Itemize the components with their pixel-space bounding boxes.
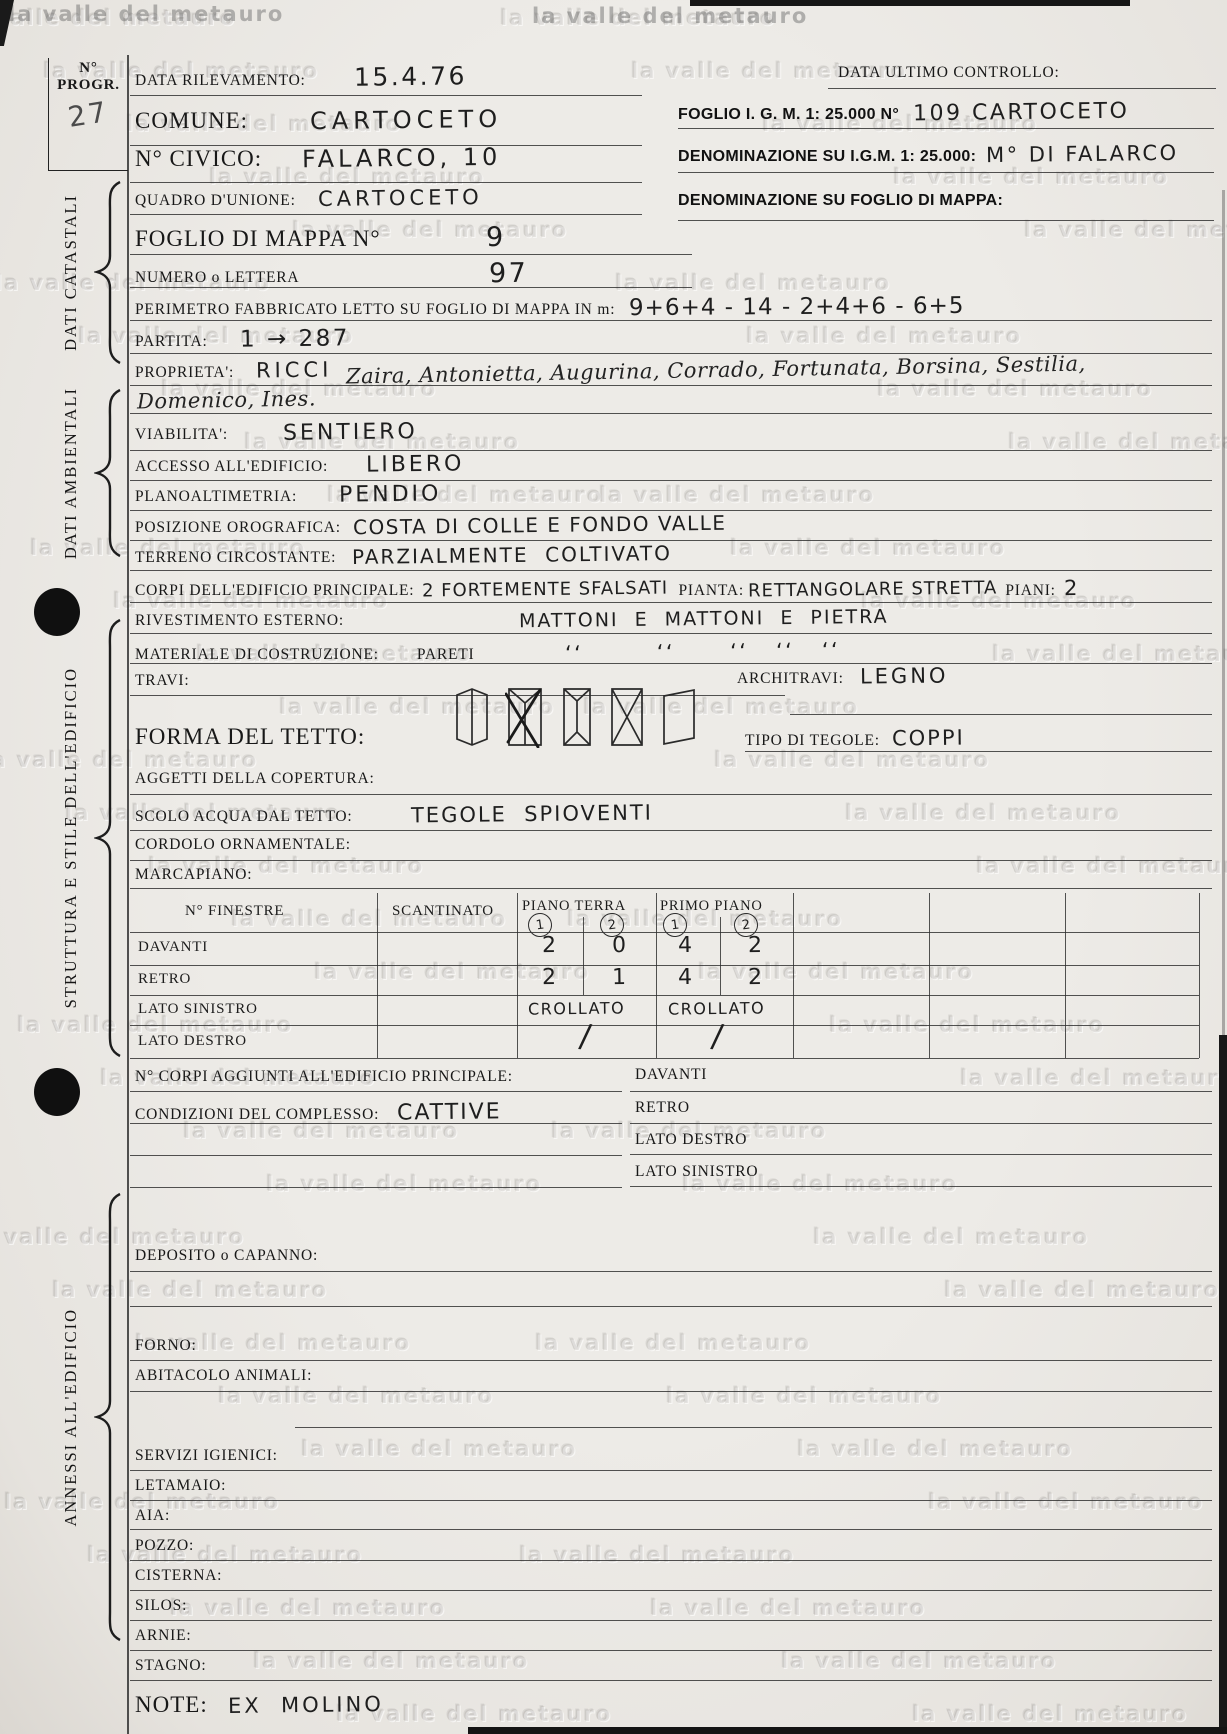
watermark-text: la valle del metauro xyxy=(301,1437,577,1461)
watermark-text: la valle del metauro xyxy=(532,4,808,28)
watermark-text: la valle del metauro xyxy=(8,2,284,26)
field-label: FOGLIO DI MAPPA N° xyxy=(135,226,381,252)
field-rule xyxy=(130,1560,1212,1561)
field-value-handwritten: 109 CARTOCETO xyxy=(913,99,1130,127)
field-rule xyxy=(130,1155,622,1156)
field-rule xyxy=(130,320,1212,321)
watermark-text: la valle del metauro xyxy=(845,801,1121,825)
watermark-text: la valle del metauro xyxy=(746,324,1022,348)
watermark-text: la valle del metauro xyxy=(218,1384,494,1408)
watermark-text: la valle del metauro xyxy=(253,1649,529,1673)
field-foglio-mappa: FOGLIO DI MAPPA N° 9 xyxy=(135,222,505,253)
field-rule xyxy=(828,88,1216,89)
field-label-aia: AIA: xyxy=(135,1507,170,1525)
field-condizioni-complesso: CONDIZIONI DEL COMPLESSO: CATTIVE xyxy=(135,1100,502,1125)
form-left-rule xyxy=(127,55,129,1734)
field-rivestimento: RIVESTIMENTO ESTERNO: MATTONI E MATTONI … xyxy=(135,608,889,630)
field-value-handwritten: CARTOCETO xyxy=(310,105,502,135)
watermark-text: la valle del metauro xyxy=(0,748,258,772)
table-rule xyxy=(130,995,1199,996)
field-perimetro: PERIMETRO FABBRICATO LETTO SU FOGLIO DI … xyxy=(135,294,965,320)
field-data-ultimo-controllo: DATA ULTIMO CONTROLLO: xyxy=(838,64,1060,82)
field-planoaltimetria: PLANOALTIMETRIA: PENDIO xyxy=(135,482,441,507)
ditto-marks-handwritten: ‘‘ ‘‘ ‘‘ ‘‘ ‘‘ xyxy=(564,638,840,665)
field-label: CORPI DELL'EDIFICIO PRINCIPALE: xyxy=(135,582,414,600)
field-rule xyxy=(745,751,1212,752)
field-cordolo: CORDOLO ORNAMENTALE: xyxy=(135,836,351,854)
watermark-text: la valle del metauro xyxy=(960,1066,1227,1090)
table-rule xyxy=(130,1025,1199,1026)
field-rule xyxy=(130,1306,1212,1307)
field-aggetti: AGGETTI DELLA COPERTURA: xyxy=(135,770,375,788)
table-cell-handwritten: 2 xyxy=(542,965,559,990)
field-value-handwritten: PENDIO xyxy=(339,481,442,507)
side-label-lato-destro: LATO DESTRO xyxy=(635,1131,747,1149)
table-cell-handwritten: 4 xyxy=(678,965,695,990)
table-cell-handwritten: 2 xyxy=(542,933,559,958)
watermark-text: la valle del metauro xyxy=(615,271,891,295)
table-rule xyxy=(929,893,930,1058)
field-value-handwritten: CATTIVE xyxy=(397,1099,502,1125)
table-row-label: LATO DESTRO xyxy=(138,1033,247,1050)
field-rule xyxy=(130,1680,1212,1681)
side-label-lato-sinistro: LATO SINISTRO xyxy=(635,1163,758,1181)
field-label: N° CORPI AGGIUNTI ALL'EDIFICIO PRINCIPAL… xyxy=(135,1068,513,1086)
table-cell-handwritten: 1 xyxy=(612,965,629,990)
field-sublabel: PARETI xyxy=(417,646,475,664)
progr-value: 27 xyxy=(66,95,111,134)
field-rule xyxy=(130,413,1212,414)
field-rule xyxy=(630,1123,1212,1124)
field-value-handwritten: 9 xyxy=(485,222,505,253)
field-label: COMUNE: xyxy=(135,108,248,134)
field-foglio-igm: FOGLIO I. G. M. 1: 25.000 N° 109 CARTOCE… xyxy=(678,100,1129,125)
field-label: VIABILITA': xyxy=(135,426,228,444)
field-value-handwritten: PARZIALMENTE COLTIVATO xyxy=(352,541,672,569)
field-value-handwritten: CARTOCETO xyxy=(318,185,483,211)
field-viabilita: VIABILITA': SENTIERO xyxy=(135,420,418,445)
field-rule xyxy=(678,172,1214,173)
sidebar-label: DATI AMBIENTALI xyxy=(61,387,81,559)
field-rule xyxy=(130,1360,1212,1361)
side-label-retro: RETRO xyxy=(635,1099,690,1117)
table-row-label: RETRO xyxy=(138,971,191,988)
field-label-arnie: ARNIE: xyxy=(135,1627,191,1645)
roof-pavilion-x-icon xyxy=(609,686,645,748)
handwritten-cross-mark xyxy=(506,690,540,747)
field-label: DENOMINAZIONE SU FOGLIO DI MAPPA: xyxy=(678,192,1003,210)
field-value-handwritten: 9+6+4 - 14 - 2+4+6 - 6+5 xyxy=(629,293,965,321)
field-rule xyxy=(630,1091,1212,1092)
watermark-text: la valle del metauro xyxy=(813,1225,1089,1249)
field-terreno-circostante: TERRENO CIRCOSTANTE: PARZIALMENTE COLTIV… xyxy=(135,543,672,567)
field-rule xyxy=(130,570,1212,571)
table-cell-handwritten: 0 xyxy=(612,933,629,958)
field-rule xyxy=(130,1123,622,1124)
field-value-handwritten: LIBERO xyxy=(366,451,465,477)
field-label-letamaio: LETAMAIO: xyxy=(135,1477,226,1495)
field-label-forma-tetto: FORMA DEL TETTO: xyxy=(135,724,365,750)
field-rule xyxy=(130,633,1212,634)
field-rule xyxy=(130,1187,622,1188)
field-rule xyxy=(130,254,692,255)
field-rule xyxy=(130,1271,1212,1272)
table-rule xyxy=(517,893,518,1058)
field-civico: N° CIVICO: FALARCO, 10 xyxy=(135,144,501,172)
field-value-handwritten: RETTANGOLARE STRETTA xyxy=(748,577,998,601)
field-corpi-aggiunti: N° CORPI AGGIUNTI ALL'EDIFICIO PRINCIPAL… xyxy=(135,1068,513,1086)
progr-label-line2: PROGR. xyxy=(49,77,128,94)
field-partita: PARTITA: 1 → 287 xyxy=(135,326,350,352)
field-label: CONDIZIONI DEL COMPLESSO: xyxy=(135,1106,379,1124)
field-value-handwritten: RICCI xyxy=(256,358,333,383)
table-rule xyxy=(656,893,657,1058)
field-marcapiano: MARCAPIANO: xyxy=(135,866,252,884)
field-rule xyxy=(130,830,1212,831)
watermark-text: la valle del metauro xyxy=(1024,218,1227,242)
watermark-text: la valle del metauro xyxy=(266,1172,542,1196)
table-rule xyxy=(130,1058,1199,1059)
field-label: PIANI: xyxy=(1005,582,1055,600)
watermark-text: la valle del metauro xyxy=(893,165,1169,189)
field-denominazione-mappa: DENOMINAZIONE SU FOGLIO DI MAPPA: xyxy=(678,192,1003,210)
field-label: PROPRIETA': xyxy=(135,364,234,382)
field-value-handwritten: Domenico, Ines. xyxy=(137,386,316,413)
watermark-text: la valle del metauro xyxy=(535,1331,811,1355)
scan-edge-right-faint xyxy=(1222,190,1225,1035)
field-label-stagno: STAGNO: xyxy=(135,1657,207,1675)
watermark-text: la valle del metauro xyxy=(781,1649,1057,1673)
table-cell-handwritten: 2 xyxy=(748,933,765,958)
progr-box: N° PROGR. 27 xyxy=(48,58,128,171)
sidebar-section-dati-ambientali: DATI AMBIENTALI xyxy=(50,388,92,558)
brace-icon xyxy=(94,388,124,558)
punch-hole xyxy=(34,1068,80,1116)
watermark-text: la valle del metauro xyxy=(912,1702,1188,1726)
field-travi: TRAVI: xyxy=(135,672,189,690)
watermark-text: la valle del metauro xyxy=(666,1384,942,1408)
field-label: CORDOLO ORNAMENTALE: xyxy=(135,836,351,854)
field-rule xyxy=(130,287,692,288)
watermark-text: la valle del metauro xyxy=(976,854,1227,878)
field-value-handwritten: SENTIERO xyxy=(283,419,418,446)
scanned-survey-form: la valle del metaurola valle del metauro… xyxy=(0,0,1227,1734)
field-rule xyxy=(130,1529,1212,1530)
field-label: N° CIVICO: xyxy=(135,146,262,172)
field-label: TIPO DI TEGOLE: xyxy=(745,732,880,750)
field-label: PERIMETRO FABBRICATO LETTO SU FOGLIO DI … xyxy=(135,301,615,319)
field-value-handwritten: MATTONI E MATTONI E PIETRA xyxy=(519,606,889,633)
scan-edge-right xyxy=(1219,1035,1227,1734)
field-value-handwritten: 97 xyxy=(489,258,529,289)
sidebar-section-dati-catastali: DATI CATASTALI xyxy=(50,180,92,365)
field-label: NOTE: xyxy=(135,1692,208,1718)
brace-icon xyxy=(94,180,124,365)
field-rule xyxy=(678,128,1214,129)
brace-icon xyxy=(94,1192,124,1642)
field-rule xyxy=(130,1391,1212,1392)
field-value-handwritten: 2 FORTEMENTE SFALSATI xyxy=(422,577,668,601)
table-cell-handwritten: 2 xyxy=(748,965,765,990)
watermark-text: la valle del metauro xyxy=(650,1596,926,1620)
field-rule xyxy=(130,888,1212,889)
sidebar-label: STRUTTURA E STILE DELL'EDIFICIO xyxy=(61,667,81,1008)
field-numero-lettera: NUMERO o LETTERA 97 xyxy=(135,258,529,289)
field-denominazione-igm: DENOMINAZIONE SU I.G.M. 1: 25.000: M° DI… xyxy=(678,142,1179,166)
watermark-text: la valle del metauro xyxy=(797,1437,1073,1461)
roof-hip-both-ends-icon xyxy=(561,686,593,748)
field-value-handwritten: EX MOLINO xyxy=(228,1692,384,1718)
field-rule xyxy=(630,1186,1212,1187)
field-label: AGGETTI DELLA COPERTURA: xyxy=(135,770,375,788)
field-label: POSIZIONE OROGRAFICA: xyxy=(135,519,341,537)
field-rule xyxy=(130,1650,1212,1651)
field-rule xyxy=(130,95,642,96)
field-comune: COMUNE: CARTOCETO xyxy=(135,106,502,134)
table-cell-handwritten: 4 xyxy=(678,933,695,958)
field-rule xyxy=(130,1620,1212,1621)
sidebar-section-annessi: ANNESSI ALL'EDIFICIO xyxy=(50,1192,92,1642)
watermark-text: la valle del metauro xyxy=(599,483,875,507)
side-label-davanti: DAVANTI xyxy=(635,1066,707,1084)
field-architravi: ARCHITRAVI: LEGNO xyxy=(737,664,948,688)
field-label: TRAVI: xyxy=(135,672,189,690)
sidebar-label: ANNESSI ALL'EDIFICIO xyxy=(61,1308,81,1527)
field-rule xyxy=(130,1500,1212,1501)
field-note: NOTE: EX MOLINO xyxy=(135,1692,384,1718)
field-rule xyxy=(130,1590,1212,1591)
field-value-handwritten: 2 xyxy=(1064,576,1080,600)
table-rule xyxy=(377,893,378,1058)
field-label-pozzo: POZZO: xyxy=(135,1537,194,1555)
field-label: QUADRO D'UNIONE: xyxy=(135,192,296,210)
field-materiale-costruzione: MATERIALE DI COSTRUZIONE: PARETI ‘‘ ‘‘ ‘… xyxy=(135,640,840,664)
table-rule xyxy=(793,893,794,1058)
field-label-servizi-igienici: SERVIZI IGIENICI: xyxy=(135,1447,278,1465)
watermark-text: la valle del metauro xyxy=(928,1490,1204,1514)
table-cell-handwritten: / xyxy=(577,1016,595,1055)
sidebar-section-struttura-stile: STRUTTURA E STILE DELL'EDIFICIO xyxy=(50,618,92,1058)
field-value-handwritten: 1 → 287 xyxy=(239,325,349,352)
field-rule xyxy=(130,1470,1212,1471)
table-rule xyxy=(1065,893,1066,1058)
roof-shape-icons xyxy=(455,686,697,748)
field-label: DATA RILEVAMENTO: xyxy=(135,72,306,90)
field-rule xyxy=(678,220,1214,221)
table-rule xyxy=(130,965,1199,966)
watermark-text: la valle del metauro xyxy=(170,1596,446,1620)
table-cell-handwritten: CROLLATO xyxy=(528,998,625,1018)
field-label: ARCHITRAVI: xyxy=(737,670,844,688)
table-row-label: DAVANTI xyxy=(138,939,208,956)
field-label-abitacolo-animali: ABITACOLO ANIMALI: xyxy=(135,1367,312,1385)
field-scolo-acqua: SCOLO ACQUA DAL TETTO: TEGOLE SPIOVENTI xyxy=(135,802,652,826)
watermark-text: la valle del metauro xyxy=(519,1543,795,1567)
field-value-handwritten: COSTA DI COLLE E FONDO VALLE xyxy=(353,511,727,540)
field-rule xyxy=(790,714,1212,715)
roof-gable-book-icon xyxy=(455,686,489,748)
field-posizione-orografica: POSIZIONE OROGRAFICA: COSTA DI COLLE E F… xyxy=(135,513,726,537)
field-rule xyxy=(130,663,1212,664)
field-label: DATA ULTIMO CONTROLLO: xyxy=(838,64,1060,82)
scan-edge-bottom xyxy=(468,1727,1227,1734)
brace-icon xyxy=(94,618,124,1058)
field-label: SCOLO ACQUA DAL TETTO: xyxy=(135,808,353,826)
field-label: PIANTA: xyxy=(679,582,745,600)
table-row-label: LATO SINISTRO xyxy=(138,1001,258,1018)
progr-label-line1: N° xyxy=(49,60,128,77)
roof-hip-gable-crossed-icon xyxy=(505,686,545,748)
field-rule xyxy=(630,1154,1212,1155)
sidebar-label: DATI CATASTALI xyxy=(61,194,81,351)
table-header-scantinato: SCANTINATO xyxy=(392,903,494,920)
field-label: MATERIALE DI COSTRUZIONE: xyxy=(135,646,379,664)
field-value-handwritten: TEGOLE SPIOVENTI xyxy=(410,801,652,828)
field-value-handwritten: FALARCO, 10 xyxy=(302,143,502,173)
field-proprieta: PROPRIETA': RICCI Zaira, Antonietta, Aug… xyxy=(135,358,1086,382)
field-label: NUMERO o LETTERA xyxy=(135,269,299,287)
field-label: DENOMINAZIONE SU I.G.M. 1: 25.000: xyxy=(678,148,976,166)
field-rule xyxy=(130,794,1212,795)
field-label-deposito: DEPOSITO o CAPANNO: xyxy=(135,1247,318,1265)
scan-edge-top xyxy=(690,0,1130,6)
watermark-text: la valle del metauro xyxy=(944,1278,1220,1302)
field-accesso: ACCESSO ALL'EDIFICIO: LIBERO xyxy=(135,452,464,477)
table-rule xyxy=(583,917,584,995)
field-rule xyxy=(295,1427,1212,1428)
field-label: TERRENO CIRCOSTANTE: xyxy=(135,549,336,567)
field-data-rilevamento: DATA RILEVAMENTO: 15.4.76 xyxy=(135,62,467,91)
field-value-handwritten: COPPI xyxy=(892,726,965,751)
field-label-cisterna: CISTERNA: xyxy=(135,1567,222,1585)
field-label: PARTITA: xyxy=(135,333,208,351)
table-cell-handwritten: / xyxy=(709,1016,727,1055)
field-rule xyxy=(130,860,1212,861)
field-label: MARCAPIANO: xyxy=(135,866,252,884)
field-label: FOGLIO I. G. M. 1: 25.000 N° xyxy=(678,106,899,124)
field-label-forno: FORNO: xyxy=(135,1337,197,1355)
field-label: ACCESSO ALL'EDIFICIO: xyxy=(135,458,328,476)
field-quadro-unione: QUADRO D'UNIONE: CARTOCETO xyxy=(135,186,482,210)
table-header-finestre: N° FINESTRE xyxy=(185,903,284,920)
field-label: RIVESTIMENTO ESTERNO: xyxy=(135,612,344,630)
field-value-handwritten: 15.4.76 xyxy=(353,61,466,91)
field-tipo-tegole: TIPO DI TEGOLE: COPPI xyxy=(745,726,965,750)
field-rule xyxy=(130,182,642,183)
field-rule xyxy=(130,214,642,215)
table-rule xyxy=(1199,893,1200,1058)
roof-shed-parallelogram-icon xyxy=(661,686,697,748)
field-rule xyxy=(130,1091,622,1092)
field-rule xyxy=(130,602,1212,603)
field-value-handwritten: LEGNO xyxy=(860,663,949,688)
finestre-table: N° FINESTRE SCANTINATO PIANO TERRA PRIMO… xyxy=(130,893,1200,1058)
field-corpi-edificio: CORPI DELL'EDIFICIO PRINCIPALE: 2 FORTEM… xyxy=(135,576,1080,600)
field-value-handwritten: M° DI FALARCO xyxy=(986,141,1179,167)
field-label: PLANOALTIMETRIA: xyxy=(135,488,297,506)
table-rule xyxy=(720,917,721,995)
field-label-silos: SILOS: xyxy=(135,1597,187,1615)
